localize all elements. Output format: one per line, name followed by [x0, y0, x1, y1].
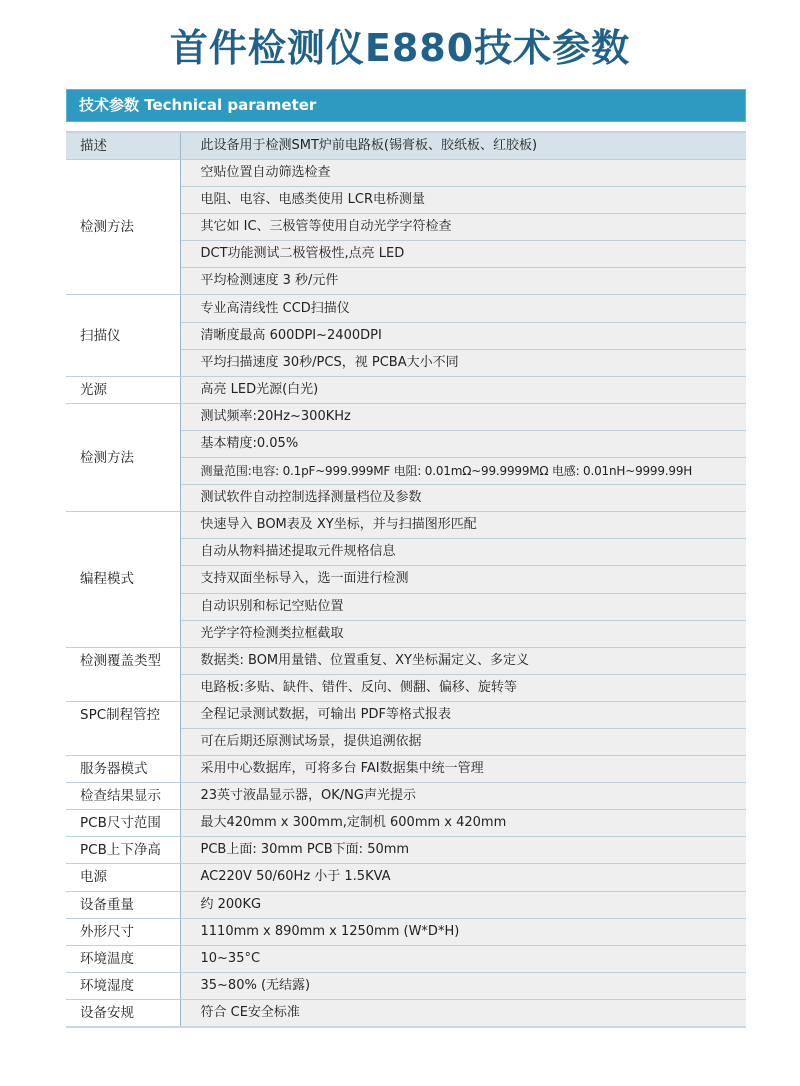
spec-label: 外形尺寸	[66, 918, 180, 945]
spec-value: 平均扫描速度 30秒/PCS，视 PCBA大小不同	[180, 349, 746, 376]
spec-value: 此设备用于检测SMT炉前电路板(锡膏板、胶纸板、红胶板)	[180, 132, 746, 160]
spec-value: 自动识别和标记空贴位置	[180, 593, 746, 620]
spec-value: 平均检测速度 3 秒/元件	[180, 268, 746, 295]
spec-value: 23英寸液晶显示器，OK/NG声光提示	[180, 783, 746, 810]
spec-value: 可在后期还原测试场景，提供追溯依据	[180, 728, 746, 755]
table-row: 设备重量约 200KG	[66, 891, 746, 918]
table-row: 检测覆盖类型数据类: BOM用量错、位置重复、XY坐标漏定义、多定义	[66, 647, 746, 674]
spec-label: 检查结果显示	[66, 783, 180, 810]
spec-value: 支持双面坐标导入，选一面进行检测	[180, 566, 746, 593]
table-row: SPC制程管控全程记录测试数据，可输出 PDF等格式报表	[66, 701, 746, 728]
spec-label: 服务器模式	[66, 756, 180, 783]
spec-value: 专业高清线性 CCD扫描仪	[180, 295, 746, 322]
spec-value: 采用中心数据库，可将多台 FAI数据集中统一管理	[180, 756, 746, 783]
table-row: 编程模式快速导入 BOM表及 XY坐标，并与扫描图形匹配	[66, 512, 746, 539]
spec-label: 设备重量	[66, 891, 180, 918]
spec-value: 空贴位置自动筛选检查	[180, 160, 746, 187]
spec-label: 环境湿度	[66, 972, 180, 999]
spec-value: 电路板:多贴、缺件、错件、反向、侧翻、偏移、旋转等	[180, 674, 746, 701]
spec-label: 描述	[66, 132, 180, 160]
table-row: 光源高亮 LED光源(白光)	[66, 376, 746, 403]
spec-label: 检测方法	[66, 403, 180, 511]
spec-value: 自动从物料描述提取元件规格信息	[180, 539, 746, 566]
spec-label: 编程模式	[66, 512, 180, 647]
spec-value: 高亮 LED光源(白光)	[180, 376, 746, 403]
spec-label: 电源	[66, 864, 180, 891]
spec-value: DCT功能测试二极管极性,点亮 LED	[180, 241, 746, 268]
table-row: 环境湿度35~80% (无结露)	[66, 972, 746, 999]
spec-label: SPC制程管控	[66, 701, 180, 755]
spec-value: 1110mm x 890mm x 1250mm (W*D*H)	[180, 918, 746, 945]
spec-value: 数据类: BOM用量错、位置重复、XY坐标漏定义、多定义	[180, 647, 746, 674]
spec-label: 扫描仪	[66, 295, 180, 376]
table-row: PCB尺寸范围最大420mm x 300mm,定制机 600mm x 420mm	[66, 810, 746, 837]
spec-value: 测试软件自动控制选择测量档位及参数	[180, 485, 746, 512]
spec-value: 光学字符检测类拉框截取	[180, 620, 746, 647]
spec-label: 检测方法	[66, 160, 180, 295]
spec-value: 测试频率:20Hz~300KHz	[180, 403, 746, 430]
spec-table-body: 描述此设备用于检测SMT炉前电路板(锡膏板、胶纸板、红胶板)检测方法空贴位置自动…	[66, 132, 746, 1027]
spec-value: 约 200KG	[180, 891, 746, 918]
table-row: 检查结果显示23英寸液晶显示器，OK/NG声光提示	[66, 783, 746, 810]
table-row: 服务器模式采用中心数据库，可将多台 FAI数据集中统一管理	[66, 756, 746, 783]
table-row: 外形尺寸1110mm x 890mm x 1250mm (W*D*H)	[66, 918, 746, 945]
spec-label: 光源	[66, 376, 180, 403]
spec-label: PCB上下净高	[66, 837, 180, 864]
spec-value: AC220V 50/60Hz 小于 1.5KVA	[180, 864, 746, 891]
spec-value: PCB上面: 30mm PCB下面: 50mm	[180, 837, 746, 864]
page-title: 首件检测仪E880技术参数	[0, 22, 800, 74]
section-header-technical-parameter: 技术参数 Technical parameter	[66, 89, 746, 122]
spec-value: 10~35°C	[180, 945, 746, 972]
spec-value: 电阻、电容、电感类使用 LCR电桥测量	[180, 187, 746, 214]
spec-label: 设备安规	[66, 999, 180, 1027]
spec-value: 基本精度:0.05%	[180, 430, 746, 457]
spec-value: 快速导入 BOM表及 XY坐标，并与扫描图形匹配	[180, 512, 746, 539]
spec-value: 其它如 IC、三极管等使用自动光学字符检查	[180, 214, 746, 241]
table-row: 环境温度10~35°C	[66, 945, 746, 972]
spec-label: 环境温度	[66, 945, 180, 972]
spec-label: 检测覆盖类型	[66, 647, 180, 701]
table-row: 设备安规符合 CE安全标准	[66, 999, 746, 1027]
table-row: PCB上下净高PCB上面: 30mm PCB下面: 50mm	[66, 837, 746, 864]
table-row: 描述此设备用于检测SMT炉前电路板(锡膏板、胶纸板、红胶板)	[66, 132, 746, 160]
spec-value: 35~80% (无结露)	[180, 972, 746, 999]
table-row: 检测方法空贴位置自动筛选检查	[66, 160, 746, 187]
spec-value: 最大420mm x 300mm,定制机 600mm x 420mm	[180, 810, 746, 837]
spec-value: 测量范围:电容: 0.1pF~999.999MF 电阻: 0.01mΩ~99.9…	[180, 458, 746, 485]
spec-value: 清晰度最高 600DPI~2400DPI	[180, 322, 746, 349]
spec-table: 描述此设备用于检测SMT炉前电路板(锡膏板、胶纸板、红胶板)检测方法空贴位置自动…	[66, 131, 746, 1028]
table-row: 电源AC220V 50/60Hz 小于 1.5KVA	[66, 864, 746, 891]
spec-value: 符合 CE安全标准	[180, 999, 746, 1027]
spec-label: PCB尺寸范围	[66, 810, 180, 837]
table-row: 扫描仪专业高清线性 CCD扫描仪	[66, 295, 746, 322]
spec-value: 全程记录测试数据，可输出 PDF等格式报表	[180, 701, 746, 728]
table-row: 检测方法测试频率:20Hz~300KHz	[66, 403, 746, 430]
